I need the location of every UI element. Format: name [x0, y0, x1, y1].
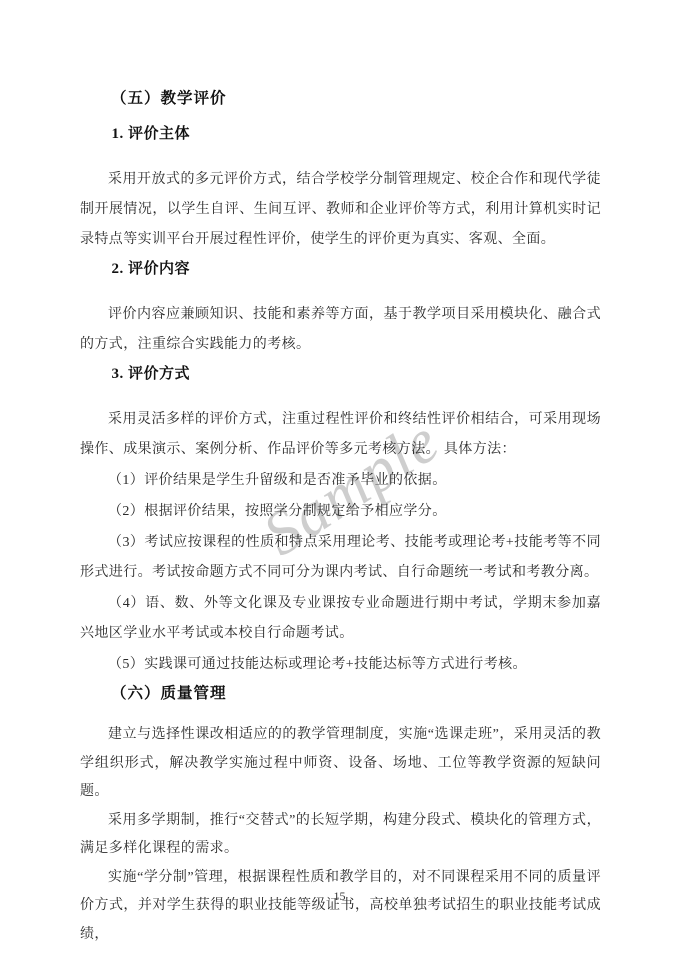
document-body: （五）教学评价 1. 评价主体 采用开放式的多元评价方式，结合学校学分制管理规定…	[80, 90, 601, 949]
list-item-1: （1）评价结果是学生升留级和是否准予毕业的依据。	[80, 466, 601, 496]
page-number: 15	[0, 889, 679, 904]
section-heading-teaching-evaluation: （五）教学评价	[80, 90, 601, 107]
section-heading-quality-management: （六）质量管理	[80, 685, 601, 702]
subheading-evaluation-content: 2. 评价内容	[80, 261, 601, 277]
list-item-3: （3）考试应按课程的性质和特点采用理论考、技能考或理论考+技能考等不同形式进行。…	[80, 528, 601, 588]
paragraph: 采用多学期制，推行“交替式”的长短学期，构建分段式、模块化的管理方式，满足多样化…	[80, 807, 601, 864]
document-page: Sample （五）教学评价 1. 评价主体 采用开放式的多元评价方式，结合学校…	[0, 0, 679, 960]
list-item-5: （5）实践课可通过技能达标或理论考+技能达标等方式进行考核。	[80, 650, 601, 680]
list-item-2: （2）根据评价结果，按照学分制规定给予相应学分。	[80, 497, 601, 527]
subheading-evaluation-subject: 1. 评价主体	[80, 126, 601, 142]
paragraph: 采用开放式的多元评价方式，结合学校学分制管理规定、校企合作和现代学徒制开展情况，…	[80, 165, 601, 255]
paragraph: 实施“学分制”管理，根据课程性质和教学目的，对不同课程采用不同的质量评价方式，并…	[80, 864, 601, 950]
paragraph: 采用灵活多样的评价方式，注重过程性评价和终结性评价相结合，可采用现场操作、成果演…	[80, 405, 601, 465]
paragraph: 评价内容应兼顾知识、技能和素养等方面，基于教学项目采用模块化、融合式的方式，注重…	[80, 300, 601, 360]
list-item-4: （4）语、数、外等文化课及专业课按专业命题进行期中考试，学期末参加嘉兴地区学业水…	[80, 589, 601, 649]
paragraph: 建立与选择性课改相适应的的教学管理制度，实施“选课走班”，采用灵活的教学组织形式…	[80, 721, 601, 807]
subheading-evaluation-method: 3. 评价方式	[80, 366, 601, 382]
